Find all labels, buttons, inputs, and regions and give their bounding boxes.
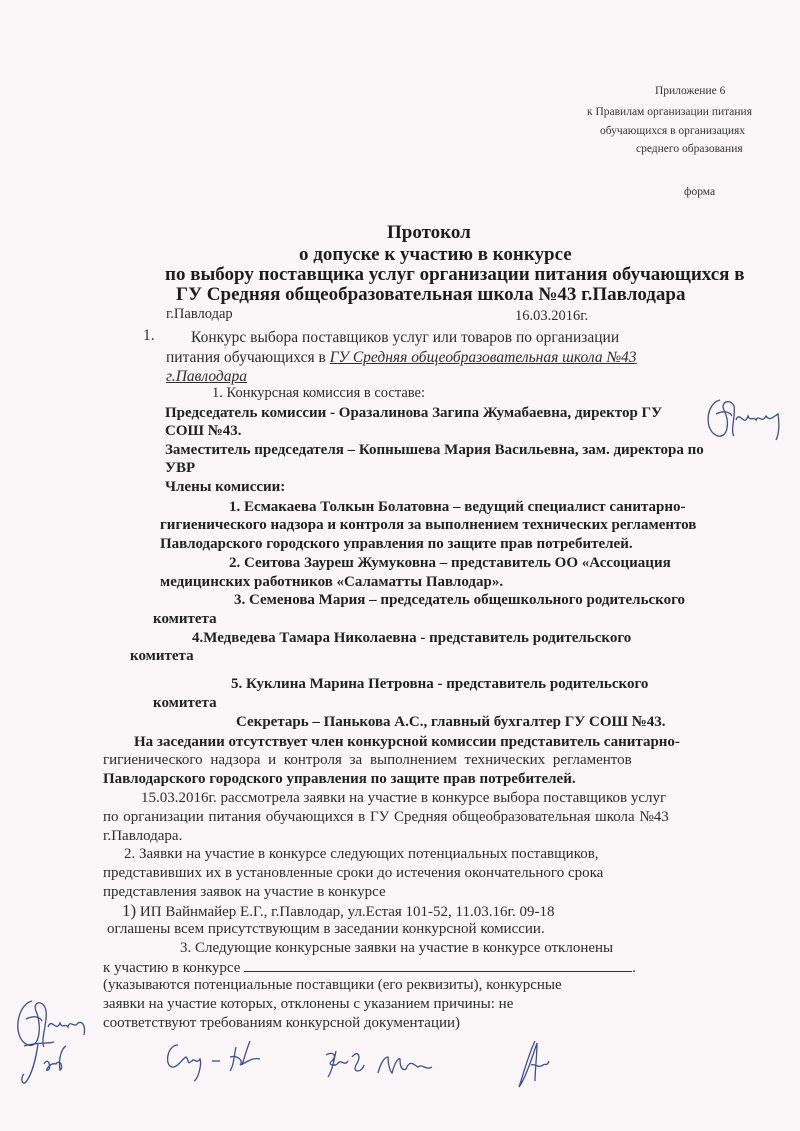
section-1-text-line2: питания обучающихся в ГУ Средняя общеобр… — [166, 349, 637, 367]
rejected-blank-field — [244, 958, 632, 972]
school-city-underlined: г.Павлодара — [166, 368, 247, 386]
document-title: Протокол — [387, 222, 471, 244]
section-3-note-line3: соответствуют требованиям конкурсной док… — [103, 1015, 460, 1032]
school-name-underlined: ГУ Средняя общеобразовательная школа №43 — [330, 349, 637, 366]
deputy-line2: УВР — [165, 460, 195, 477]
section-2-line2: представивших их в установленные сроки д… — [103, 865, 603, 882]
absence-line1: На заседании отсутствует член конкурсной… — [134, 734, 680, 751]
review-line2: по организации питания обучающихся в ГУ … — [103, 809, 669, 826]
secretary: Секретарь – Панькова А.С., главный бухга… — [236, 714, 666, 731]
section-1-prefix: питания обучающихся в — [166, 349, 330, 366]
review-line3: г.Павлодара. — [103, 828, 182, 845]
deputy-line1: Заместитель председателя – Копнышева Мар… — [165, 442, 704, 459]
announced-note: оглашены всем присутствующим в заседании… — [107, 921, 545, 938]
appendix-number: Приложение 6 — [655, 85, 725, 97]
member-1-line3: Павлодарского городского управления по з… — [160, 536, 633, 553]
section-3-prefix: к участию в конкурсе — [103, 960, 240, 976]
section-3-note-line2: заявки на участие которых, отклонены с у… — [103, 996, 513, 1013]
supplier-number: 1) — [122, 901, 136, 920]
section-3-line1: 3. Следующие конкурсные заявки на участи… — [180, 940, 613, 957]
absence-line2: гигиенического надзора и контроля за вып… — [103, 752, 632, 769]
appendix-students: обучающихся в организациях — [600, 125, 745, 137]
supplier-item: 1) ИП Вайнмайер Е.Г., г.Павлодар, ул.Ест… — [122, 901, 554, 921]
section-1-number: 1. — [143, 327, 155, 345]
section-3-note-line1: (указываются потенциальные поставщики (е… — [103, 977, 562, 994]
section-2-line3: представления заявок на участие в конкур… — [103, 884, 386, 901]
member-signature-3 — [318, 1045, 448, 1090]
appendix-rules: к Правилам организации питания — [587, 106, 752, 118]
review-line1: 15.03.2016г. рассмотрела заявки на участ… — [141, 790, 666, 807]
member-2-line1: 2. Сеитова Зауреш Жумуковна – представит… — [229, 555, 671, 572]
chair-line1: Председатель комиссии - Оразалинова Заги… — [165, 405, 662, 422]
document-date: 16.03.2016г. — [515, 308, 588, 325]
member-signature-4 — [515, 1035, 565, 1100]
member-1-line2: гигиенического надзора и контроля за вып… — [160, 517, 696, 534]
member-3-line1: 3. Семенова Мария – председатель общешко… — [234, 592, 685, 609]
chair-line2: СОШ №43. — [165, 423, 242, 440]
member-4-line2: комитета — [130, 648, 194, 665]
section-3-line2: к участию в конкурсе . — [103, 958, 636, 977]
member-2-line2: медицинских работников «Саламатты Павлод… — [160, 574, 503, 591]
members-heading: Члены комиссии: — [165, 479, 285, 496]
member-1-line1: 1. Есмакаева Толкын Болатовна – ведущий … — [229, 499, 686, 516]
document-subtitle: о допуске к участию в конкурсе — [299, 244, 572, 266]
member-signature-1 — [18, 1038, 78, 1093]
absence-line3: Павлодарского городского управления по з… — [103, 771, 576, 788]
member-signature-2 — [160, 1035, 280, 1090]
section-3-suffix: . — [632, 960, 636, 976]
commission-intro: 1. Конкурсная комиссия в составе: — [212, 385, 425, 402]
section-2-line1: 2. Заявки на участие в конкурсе следующи… — [124, 846, 599, 863]
supplier-text: ИП Вайнмайер Е.Г., г.Павлодар, ул.Естая … — [140, 904, 555, 920]
form-label: форма — [684, 186, 715, 198]
appendix-education: среднего образования — [636, 143, 743, 155]
member-4-line1: 4.Медведева Тамара Николаевна - представ… — [192, 630, 631, 647]
section-1-text: Конкурс выбора поставщиков услуг или тов… — [191, 329, 619, 347]
place: г.Павлодар — [166, 306, 233, 323]
member-3-line2: комитета — [153, 611, 217, 628]
chair-signature-top — [700, 392, 790, 447]
member-5-line2: комитета — [153, 695, 217, 712]
document-subtitle-line3: по выбору поставщика услуг организации п… — [165, 264, 744, 286]
member-5-line1: 5. Куклина Марина Петровна - представите… — [231, 676, 648, 693]
document-subtitle-school: ГУ Средняя общеобразовательная школа №43… — [176, 284, 685, 306]
